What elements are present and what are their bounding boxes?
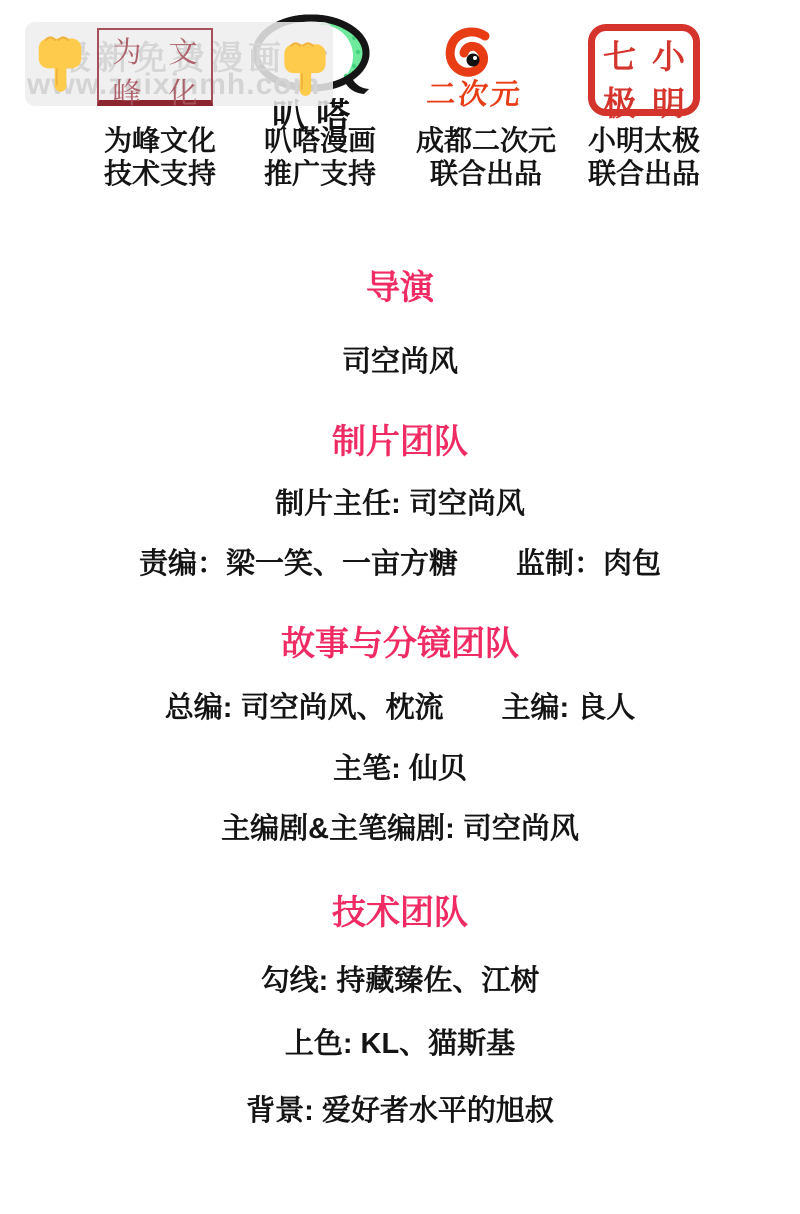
logo-caption-xiaoming: 小明太极 联合出品 <box>574 124 714 190</box>
caption-line: 叭嗒漫画 <box>250 124 390 157</box>
seal-character: 峰 <box>99 71 155 112</box>
logo-caption-weifeng: 为峰文化 技术支持 <box>90 124 230 190</box>
caption-line: 成都二次元 <box>408 124 564 157</box>
seal-character: 为 <box>99 30 155 71</box>
weifeng-seal-logo: 为 文 峰 化 <box>97 28 213 106</box>
credit-line: 勾线: 持藏臻佐、江树 <box>0 958 800 999</box>
seal-character: 七 <box>595 31 644 78</box>
pointing-down-finger-icon <box>36 30 84 96</box>
credit-line: 主笔: 仙贝 <box>0 746 800 787</box>
caption-line: 为峰文化 <box>90 124 230 157</box>
caption-line: 联合出品 <box>574 157 714 190</box>
section-header-story-team: 故事与分镜团队 <box>0 616 800 665</box>
seal-character: 小 <box>644 31 693 78</box>
seal-character: 文 <box>155 30 211 71</box>
credit-line: 制片主任: 司空尚风 <box>0 481 800 522</box>
credit-line: 司空尚风 <box>0 339 800 380</box>
section-header-director: 导演 <box>0 260 800 309</box>
caption-line: 推广支持 <box>250 157 390 190</box>
pointing-down-finger-icon <box>282 36 328 100</box>
logo-caption-bada: 叭嗒漫画 推广支持 <box>250 124 390 190</box>
credit-line: 总编: 司空尚风、枕流 主编: 良人 <box>0 685 800 726</box>
section-header-production-team: 制片团队 <box>0 414 800 463</box>
seal-character: 极 <box>595 78 644 125</box>
caption-line: 技术支持 <box>90 157 230 190</box>
seal-character: 明 <box>644 78 693 125</box>
credits-page: 叭嗒 为 文 峰 化 二次元 七 小 极 明 为峰文化 技术支持 叭嗒漫画 推广… <box>0 0 800 1214</box>
credit-line: 主编剧&主笔编剧: 司空尚风 <box>0 806 800 847</box>
credit-line: 背景: 爱好者水平的旭叔 <box>0 1088 800 1129</box>
caption-line: 小明太极 <box>574 124 714 157</box>
credit-line: 责编：梁一笑、一亩方糖 监制：肉包 <box>0 541 800 582</box>
erciyuan-wordmark: 二次元 <box>413 72 537 113</box>
logo-caption-erciyuan: 成都二次元 联合出品 <box>408 124 564 190</box>
section-header-tech-team: 技术团队 <box>0 885 800 934</box>
credit-line: 上色: KL、猫斯基 <box>0 1021 800 1062</box>
seal-character: 化 <box>155 71 211 112</box>
caption-line: 联合出品 <box>408 157 564 190</box>
xiaoming-taiji-seal-logo: 七 小 极 明 <box>588 24 700 116</box>
